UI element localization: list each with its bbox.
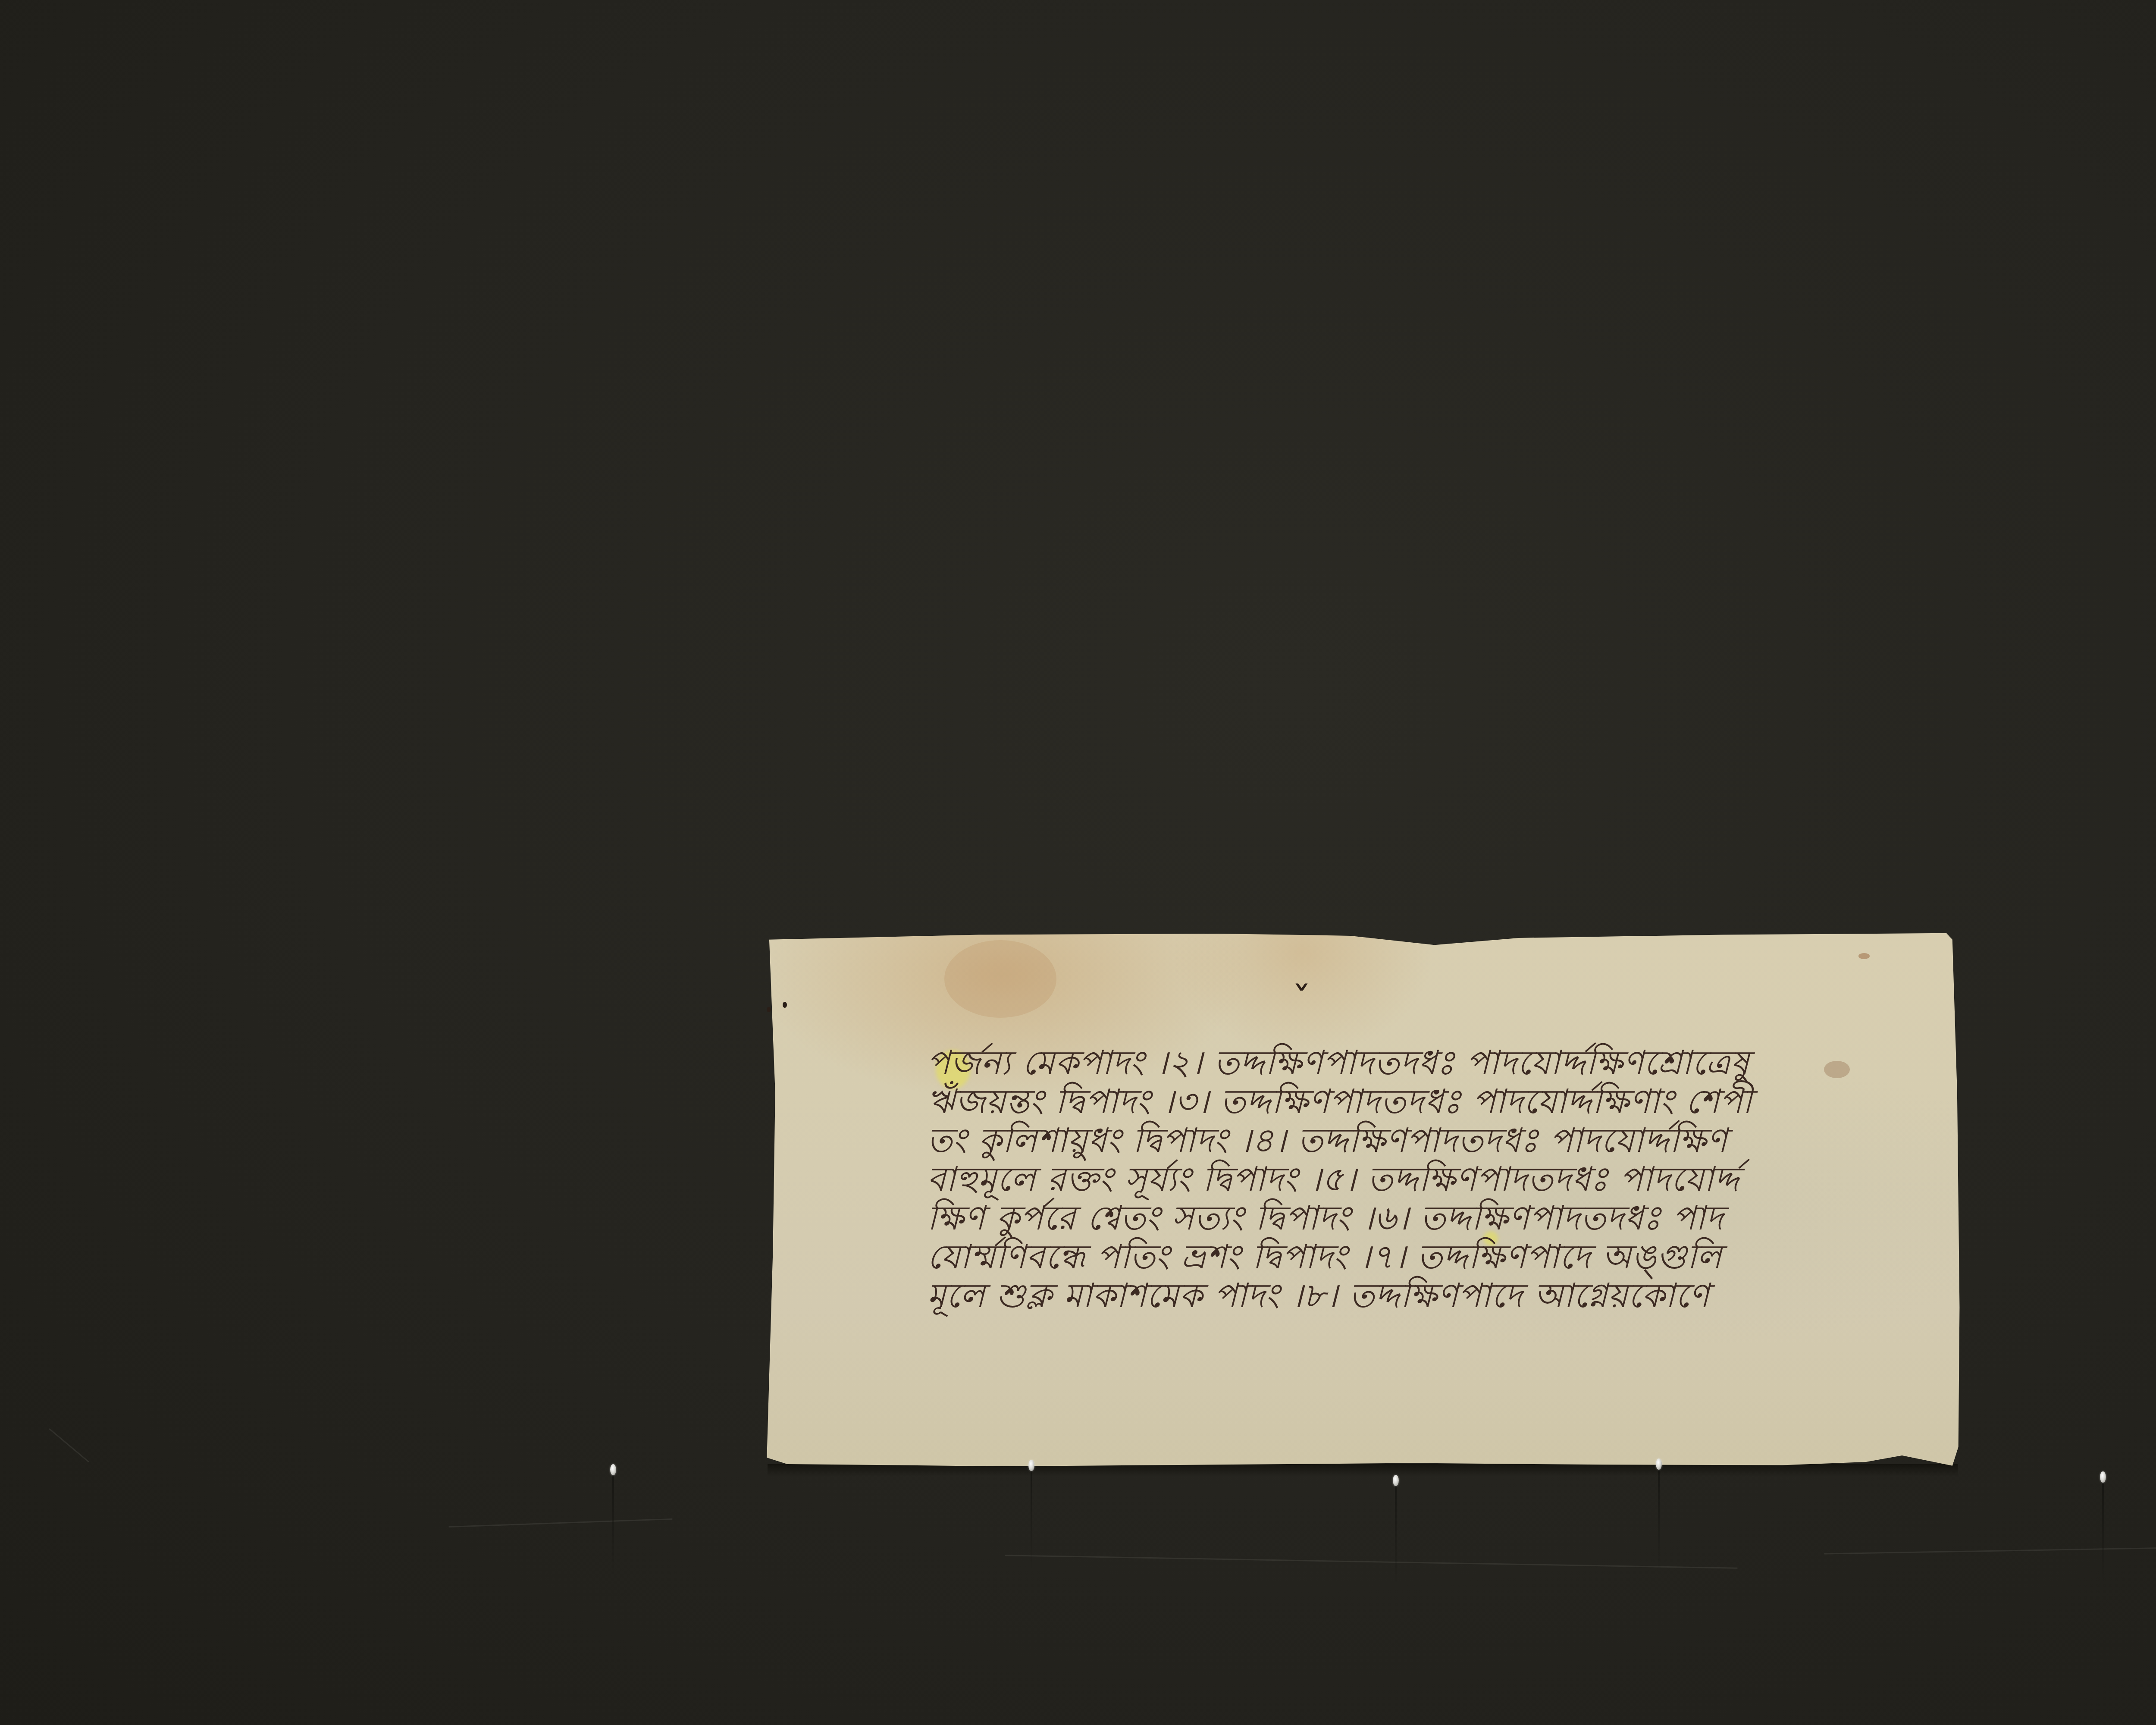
manuscript-line-6: যোর্ম্মণিবন্ধে পতিং ভ্রশং দ্বিপাদং ।৭। ত…	[927, 1238, 1802, 1276]
board-scratch	[49, 1428, 89, 1462]
pin-head	[610, 1464, 616, 1475]
leaf-shadow	[768, 1464, 1958, 1476]
pin-head	[2100, 1471, 2106, 1483]
pin-head	[1656, 1458, 1662, 1470]
manuscript-line-2: ঋঁজয়ন্তং দ্বিপাদং ।৩। তদ্দক্ষিণপাদতদধঃ …	[927, 1082, 1802, 1121]
pin-head	[1393, 1475, 1399, 1486]
board-scratch	[1005, 1555, 1738, 1569]
board-scratch	[448, 1518, 673, 1527]
manuscript-line-3: তং কুলিশায়ুধং দ্বিপাদং ।৪। তদ্দক্ষিণপাদ…	[927, 1121, 1802, 1160]
pin-shadow	[2102, 1480, 2104, 1584]
ink-dot	[767, 1007, 771, 1012]
top-check-mark: ˇ	[1292, 982, 1311, 1021]
pin-head	[1028, 1460, 1034, 1471]
paper-stain	[1858, 953, 1870, 959]
manuscript-line-1: পর্জন্য মেকপাদং ।২। তদ্দক্ষিণপাদতদধঃ পাদ…	[927, 1044, 1802, 1082]
manuscript-text: পর্জন্য মেকপাদং ।২। তদ্দক্ষিণপাদতদধঃ পাদ…	[927, 1044, 1802, 1315]
pin-shadow	[612, 1473, 614, 1576]
pin-shadow	[1031, 1468, 1032, 1572]
manuscript-line-4: বাহুমূলে রক্তং সূর্য্যং দ্বিপাদং ।৫। তদ্…	[927, 1160, 1802, 1199]
pin-shadow	[1395, 1483, 1397, 1587]
paper-stain	[944, 940, 1056, 1018]
paper-stain	[1824, 1061, 1850, 1078]
board-scratch	[1824, 1543, 2156, 1554]
manuscript-line-7: মূলে শুক্ল মাকাশমেক পাদং ।৮। তদ্দক্ষিণপা…	[927, 1276, 1802, 1315]
ink-dot	[783, 1002, 787, 1008]
manuscript-line-5: ক্ষিণ কুর্পরে শ্বেতং সত্যং দ্বিপাদং ।৬। …	[927, 1199, 1802, 1238]
pin-shadow	[1658, 1467, 1660, 1571]
